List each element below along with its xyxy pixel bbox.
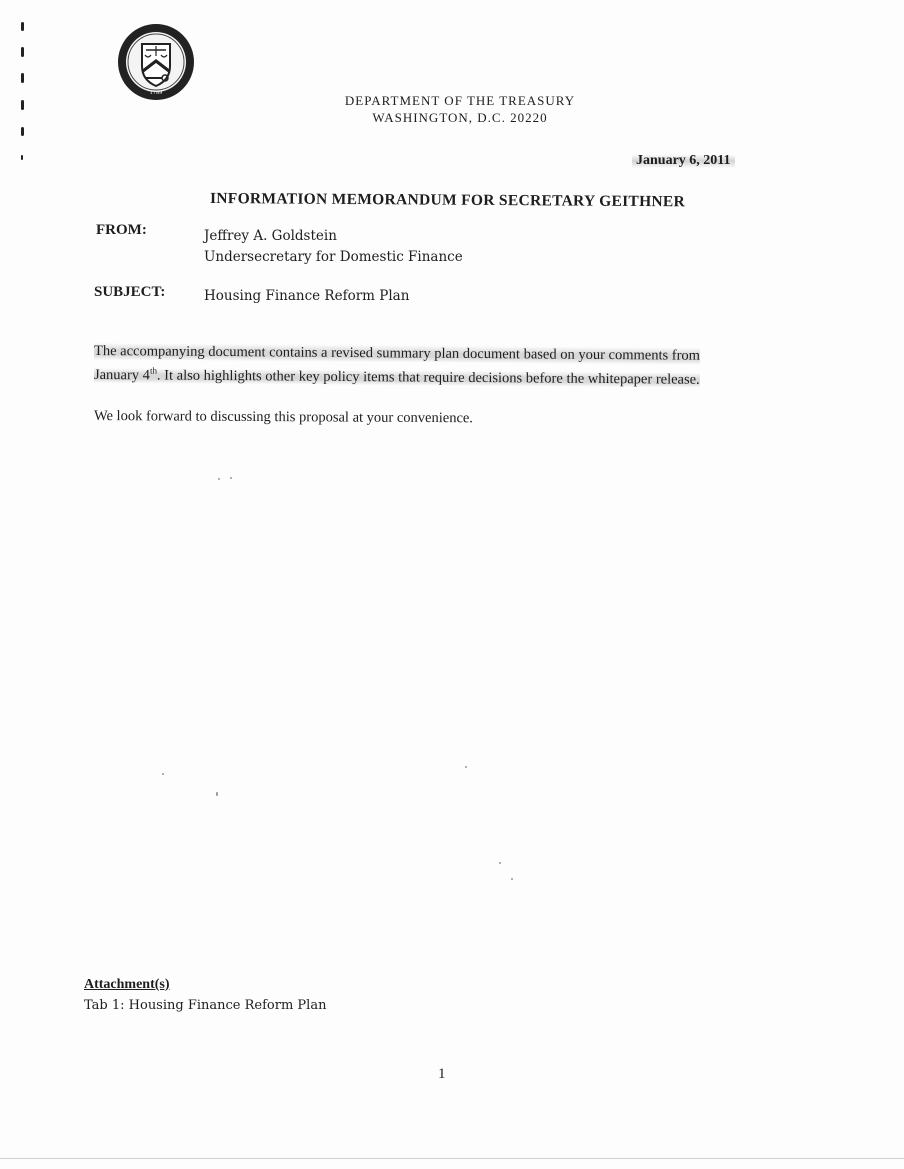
from-label: FROM: bbox=[96, 222, 147, 239]
from-position: Undersecretary for Domestic Finance bbox=[204, 247, 463, 268]
scan-speck bbox=[465, 766, 467, 768]
page-number: 1 bbox=[438, 1066, 446, 1083]
svg-text:1789: 1789 bbox=[150, 90, 163, 96]
scan-speck bbox=[499, 862, 501, 864]
from-name: Jeffrey A. Goldstein bbox=[204, 226, 463, 247]
scan-mark bbox=[21, 47, 24, 57]
date-ref: January 4 bbox=[94, 367, 150, 383]
scan-speck bbox=[218, 478, 220, 480]
scan-mark bbox=[21, 22, 24, 31]
body-line-2-text: . It also highlights other key policy it… bbox=[157, 367, 700, 387]
scan-mark bbox=[21, 155, 23, 160]
department-name: DEPARTMENT OF THE TREASURY bbox=[300, 92, 620, 109]
treasury-seal-icon: 1789 bbox=[112, 22, 200, 102]
memo-title: INFORMATION MEMORANDUM FOR SECRETARY GEI… bbox=[210, 190, 685, 211]
scan-mark bbox=[21, 100, 24, 110]
department-address: WASHINGTON, D.C. 20220 bbox=[300, 109, 620, 126]
scan-speck bbox=[216, 792, 218, 796]
scan-mark bbox=[21, 73, 24, 83]
memo-date: January 6, 2011 bbox=[632, 153, 735, 169]
scan-mark bbox=[21, 127, 24, 136]
scan-edge bbox=[0, 1158, 904, 1159]
subject-value: Housing Finance Reform Plan bbox=[204, 286, 409, 307]
body-paragraph-2: We look forward to discussing this propo… bbox=[94, 407, 473, 427]
body-line-2: January 4th. It also highlights other ke… bbox=[94, 361, 700, 389]
from-block: Jeffrey A. Goldstein Undersecretary for … bbox=[204, 226, 463, 268]
letterhead: DEPARTMENT OF THE TREASURY WASHINGTON, D… bbox=[300, 92, 620, 126]
scan-speck bbox=[230, 477, 232, 479]
subject-label: SUBJECT: bbox=[94, 284, 165, 301]
attachments-heading: Attachment(s) bbox=[84, 977, 170, 993]
scan-speck bbox=[511, 878, 513, 880]
scan-speck bbox=[162, 773, 164, 775]
attachment-item: Tab 1: Housing Finance Reform Plan bbox=[84, 998, 326, 1013]
